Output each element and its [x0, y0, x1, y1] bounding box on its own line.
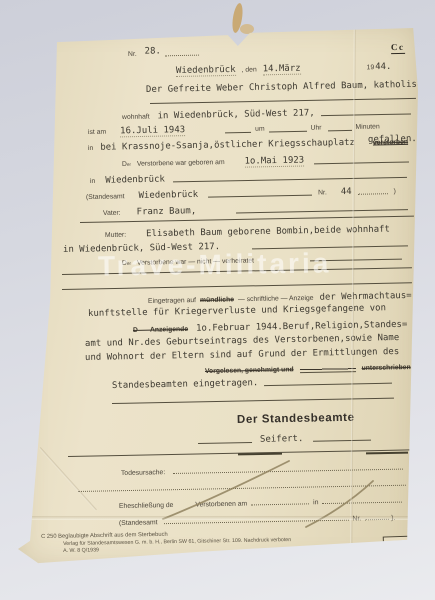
blank-line: [264, 382, 392, 386]
blank-line: [358, 192, 388, 195]
death-date-value: 16.Juli 1943: [120, 125, 185, 137]
blank-line: [328, 129, 352, 131]
der-label-sup: er: [127, 261, 131, 266]
rule: [62, 282, 412, 290]
blank-line: [310, 258, 402, 262]
pen-stroke: [163, 461, 289, 519]
year-printed: 19: [367, 64, 375, 71]
blank-line: [236, 208, 408, 213]
ist-am-label: ist am: [88, 129, 106, 136]
death-record-paper: Nr. 28. Cc Wiedenbrück , den 14.März 19 …: [18, 22, 420, 567]
registry-number-value: 44: [341, 187, 352, 197]
blank-line: [252, 244, 408, 249]
den-label: , den: [242, 66, 257, 73]
um-label: um: [255, 126, 265, 133]
strike-segment: [138, 329, 150, 330]
place-date-row: Wiedenbrück , den 14.März 19 44.: [176, 62, 392, 77]
record-number-label: Nr.: [128, 51, 137, 58]
verstorben-struck: verstorben: [373, 139, 408, 147]
rule: [62, 267, 412, 275]
registrar-title: Der Standesbeamte: [237, 412, 355, 426]
unterschrieben-struck: unterschrieben: [362, 364, 411, 372]
paper-content: Nr. 28. Cc Wiedenbrück , den 14.März 19 …: [0, 0, 435, 600]
father-value: Franz Baum,: [137, 206, 197, 217]
eingetragen-label: Eingetragen auf: [148, 297, 196, 305]
paper-stain-small: [240, 24, 254, 34]
close-paren: ): [394, 188, 396, 195]
residence-value: in Wiedenbrück, Süd-West 217,: [157, 108, 314, 121]
registration-row-2: kunftstelle für Kriegerverluste und Krie…: [88, 303, 386, 319]
mother-value-2: in Wiedenbrück, Süd-West 217.: [63, 242, 220, 255]
residence-label: wohnhaft: [122, 113, 150, 121]
registration-typed-6: Standesbeamten eingetragen.: [112, 378, 258, 391]
date-value: 14.März: [263, 64, 301, 76]
rule: [150, 98, 416, 104]
marital-status-text: Verstorbene war — nicht — verheiratet: [137, 257, 254, 266]
blank-line: [269, 130, 307, 133]
registrar-signature-row: Seifert.: [198, 433, 372, 446]
mother-label: Mutter:: [105, 232, 126, 239]
imprint-line-3: A. W. 8 Q/1939: [63, 547, 99, 554]
blank-line: [314, 160, 409, 164]
blank-line: [208, 194, 312, 198]
death-date-row: ist am 16.Juli 1943 um Uhr Minuten: [88, 121, 380, 138]
blank-line: [225, 131, 251, 133]
registry-office-value: Wiedenbrück: [138, 190, 198, 201]
pen-stroke: [306, 481, 373, 527]
registrar-title-row: Der Standesbeamte: [237, 412, 355, 426]
record-number-value: 28.: [145, 46, 161, 56]
death-place-value: bei Krassnoje-Ssanja,östlicher Kriegssch…: [100, 138, 355, 153]
blank-line: [313, 439, 371, 442]
in-label: in: [88, 145, 93, 152]
registration-row-6: Standesbeamten eingetragen.: [112, 376, 392, 391]
deceased-name: Der Gefreite Weber Christoph Alfred Baum…: [146, 80, 428, 95]
in-label: in: [90, 178, 95, 185]
registration-typed-3: 1o.Februar 1944.Beruf,Religion,Standes=: [196, 320, 407, 334]
form-code: Cc: [391, 42, 405, 54]
year-typed: 44.: [375, 62, 391, 72]
document-photo: { "watermark": { "text": "Trave-Militari…: [0, 0, 435, 600]
deceased-name-row: Der Gefreite Weber Christoph Alfred Baum…: [146, 80, 428, 95]
registry-office-row: (Standesamt Wiedenbrück Nr. 44 ): [86, 186, 396, 202]
blank-line: [173, 176, 407, 182]
anzeigende-struck: Anzeigende: [150, 326, 188, 334]
place-value: Wiedenbrück: [176, 65, 236, 77]
record-number-row: Nr. 28.: [128, 48, 199, 59]
minuten-label: Minuten: [355, 123, 379, 130]
birth-date-value: 1o.Mai 1923: [244, 156, 304, 168]
struck-blank-line: [300, 366, 356, 373]
mother-row: Mutter: Elisabeth Baum geborene Bombin,b…: [105, 225, 390, 240]
mother-row-2: in Wiedenbrück, Süd-West 217.: [63, 238, 408, 255]
nr-label: Nr.: [318, 189, 327, 196]
registration-typed-1: der Wehrmachtaus=: [319, 291, 411, 303]
muendliche-struck: mündliche: [200, 296, 234, 304]
schriftliche-label: — schriftliche — Anzeige: [238, 295, 314, 303]
birth-place-value: Wiedenbrück: [105, 175, 165, 186]
father-label: Vater:: [103, 210, 121, 217]
horizontal-fold-crease: [22, 516, 414, 520]
uhr-label: Uhr: [311, 125, 322, 132]
standesamt-label: (Standesamt: [86, 193, 125, 201]
blank-line: [198, 441, 252, 444]
der-label-sup: er: [127, 162, 131, 167]
record-number-line: [165, 54, 199, 57]
birth-date-row: Der Verstorbene war geboren am 1o.Mai 19…: [122, 153, 409, 170]
birth-place-row: in Wiedenbrück: [90, 170, 407, 186]
vorgelesen-struck: Vorgelesen, genehmigt und: [205, 366, 294, 375]
vorgelesen-struck-row: Vorgelesen, genehmigt und unterschrieben: [205, 364, 411, 375]
residence-row: wohnhaft in Wiedenbrück, Süd-West 217,: [122, 106, 411, 122]
death-place-row: in bei Krassnoje-Ssanja,östlicher Kriegs…: [88, 137, 408, 153]
blank-line: [321, 112, 411, 116]
geboren-label: Verstorbene war geboren am: [137, 159, 225, 168]
registrar-signature: Seifert.: [260, 434, 304, 445]
marital-status-row: Der Verstorbene war — nicht — verheirate…: [122, 255, 402, 267]
d-struck: D: [133, 327, 138, 334]
registration-typed-2: kunftstelle für Kriegerverluste und Krie…: [88, 303, 386, 319]
